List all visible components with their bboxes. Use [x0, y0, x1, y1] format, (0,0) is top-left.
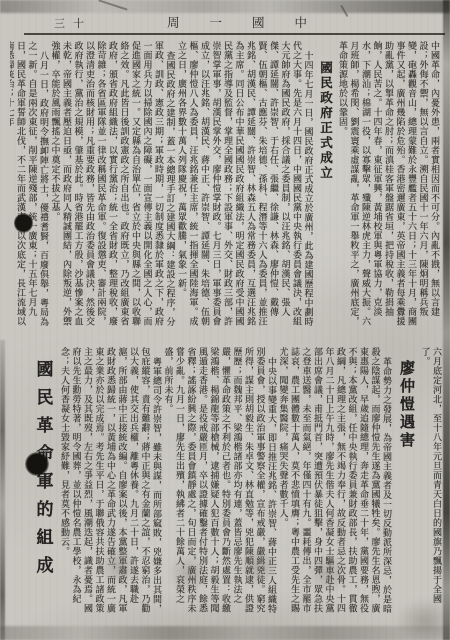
- faded-stamp-artifact: [92, 534, 360, 606]
- page-number: 三十: [54, 15, 92, 31]
- nra-formation-headline: 國民革命軍的組成: [31, 347, 56, 614]
- header-rule: [24, 33, 445, 35]
- upper-paragraph: 十四年七月一日，國民政府正式成立於廣州，此為建國歷程中劃時代之大事。先是六月十四…: [176, 41, 314, 333]
- scanned-page: 三十 周一國中 中國革命，內憂外患，兩者實相因而不可分。內亂不戡，無以言建設；外…: [0, 0, 450, 640]
- left-edge-streak: [0, 340, 5, 640]
- upper-article-headline: 國民政府正式成立: [317, 41, 334, 333]
- upper-lead-in: 中國革命，內憂外患，兩者實相因而不可分。內亂不戡，無以言建設；外侮不禦，無以言自…: [337, 41, 441, 333]
- bottom-edge-smudge: [0, 626, 450, 640]
- masthead-title: 周一國中: [167, 13, 337, 31]
- lower-lead-column: 六月底定河北，至十八年元旦而青天白日的國旗乃飄揚于全國了。: [419, 347, 442, 614]
- liao-assassination-headline: 廖仲愷遇害: [395, 347, 416, 614]
- right-edge-streak: [443, 0, 450, 640]
- ink-blot: [14, 213, 33, 233]
- upper-paragraph: 查國民政府之建制，蓋一本總理手訂之建國大綱：建設之程序，分軍政、訓政、憲政三期；…: [49, 41, 176, 333]
- upper-paragraph: 八月一日，政府明令撫卹陣亡將士，優禮耆賢，百廢俱舉，粵局為之一新。自是兩次東征，…: [10, 41, 49, 333]
- upper-article: 中國革命，內憂外患，兩者實相因而不可分。內亂不戡，無以言建設；外侮不禦，無以言自…: [10, 41, 440, 333]
- ink-blot: [25, 452, 49, 476]
- top-edge-smudge: [0, 0, 450, 13]
